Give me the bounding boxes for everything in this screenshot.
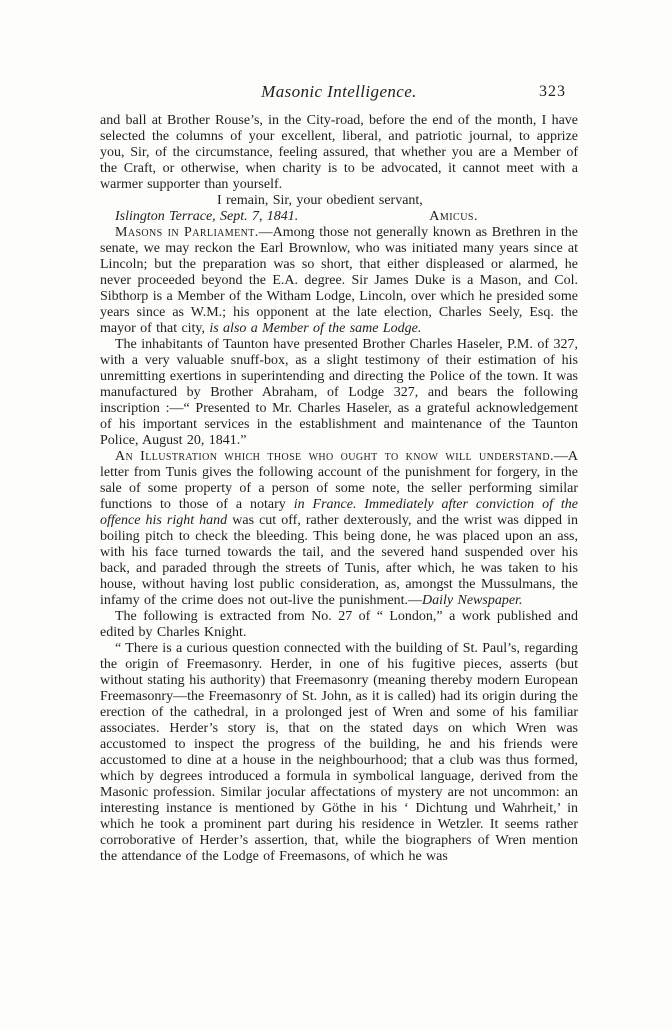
paragraph-letter-continuation: and ball at Brother Rouse’s, in the City… — [100, 113, 578, 193]
text-run: and ball at Brother Rouse’s, in the City… — [100, 113, 578, 192]
text-run: Daily Newspaper. — [422, 593, 522, 608]
dateline-signature: Amicus. — [429, 209, 478, 225]
paragraph-st-pauls-freemasonry-extract: “ There is a curious question connected … — [100, 641, 578, 865]
running-head: Masonic Intelligence. 323 — [100, 82, 578, 102]
paragraph-masons-in-parliament: Masons in Parliament.—Among those not ge… — [100, 225, 578, 337]
text-run: The following is extracted from No. 27 o… — [100, 609, 578, 640]
text-run: “ There is a curious question connected … — [100, 641, 578, 864]
paragraph-london-extract-intro: The following is extracted from No. 27 o… — [100, 609, 578, 641]
page-number: 323 — [539, 83, 566, 101]
page-body: and ball at Brother Rouse’s, in the City… — [100, 113, 578, 865]
text-run: —Among those not generally known as Bret… — [100, 225, 578, 336]
text-run: An Illustration which those who ought to… — [115, 449, 554, 464]
paragraph-taunton-snuff-box: The inhabitants of Taunton have presente… — [100, 337, 578, 449]
running-head-title: Masonic Intelligence. — [100, 82, 578, 102]
paragraph-tunis-illustration: An Illustration which those who ought to… — [100, 449, 578, 609]
signature-line: I remain, Sir, your obedient servant, — [217, 193, 578, 209]
dateline: Islington Terrace, Sept. 7, 1841.Amicus. — [100, 209, 578, 225]
text-run: is also a Member of the same Lodge. — [209, 321, 421, 336]
text-run: The inhabitants of Taunton have presente… — [100, 337, 578, 448]
text-run: Masons in Parliament. — [115, 225, 259, 240]
dateline-place-date: Islington Terrace, Sept. 7, 1841. — [115, 209, 298, 225]
scanned-page: Masonic Intelligence. 323 and ball at Br… — [100, 82, 578, 865]
